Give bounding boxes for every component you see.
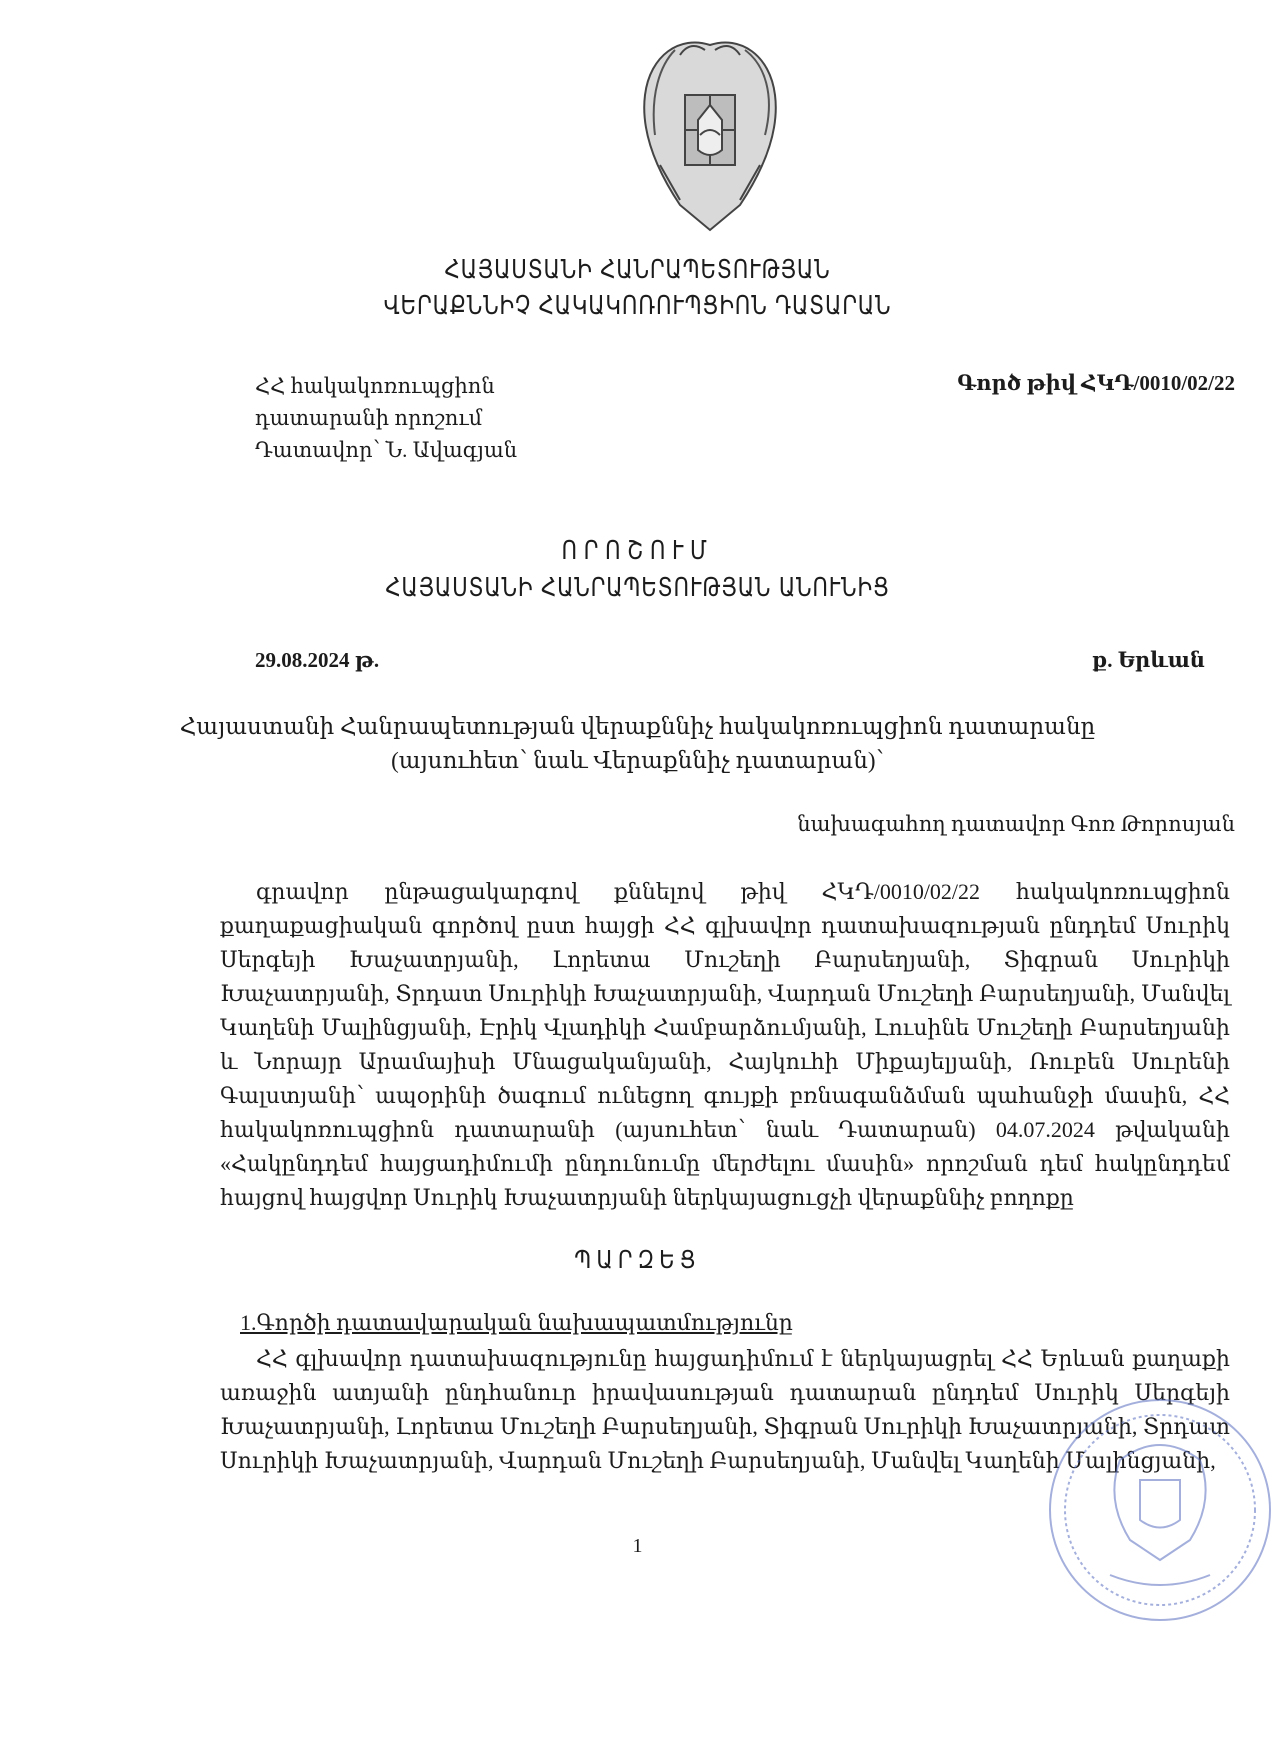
lower-court-block: ՀՀ հակակոռուպցիոն դատարանի որոշում Դատավ…	[255, 370, 517, 466]
decision-city: ք. Երևան	[1092, 647, 1205, 673]
case-number: Գործ թիվ ՀԿԴ/0010/02/22	[957, 370, 1235, 396]
coat-of-arms-icon	[620, 25, 800, 240]
decision-date: 29.08.2024 թ.	[255, 647, 379, 673]
section-heading: ՊԱՐԶԵՑ	[96, 1245, 1180, 1274]
official-seal-icon	[1040, 1390, 1275, 1630]
intro-paragraph: գրավոր ընթացակարգով քննելով թիվ ՀԿԴ/0010…	[220, 875, 1230, 1215]
court-title-line1: ՀԱՅԱՍՏԱՆԻ ՀԱՆՐԱՊԵՏՈՒԹՅԱՆ	[115, 252, 1161, 288]
court-title-line2: ՎԵՐԱՔՆՆԻՉ ՀԱԿԱԿՈՌՈՒՊՑԻՈՆ ԴԱՏԱՐԱՆ	[115, 288, 1161, 324]
court-alias-line: (այսուհետ՝ նաև Վերաքննիչ դատարան)՝	[0, 744, 1275, 778]
lower-court-line1: ՀՀ հակակոռուպցիոն	[255, 370, 517, 402]
decision-title: ՈՐՈՇՈՒՄ	[115, 533, 1161, 569]
court-name-line: Հայաստանի Հանրապետության վերաքննիչ հակակ…	[0, 710, 1275, 744]
decision-subtitle: ՀԱՅԱՍՏԱՆԻ ՀԱՆՐԱՊԵՏՈՒԹՅԱՆ ԱՆՈՒՆԻՑ	[115, 570, 1161, 606]
section-subheading: 1.Գործի դատավարական նախապատմությունը	[240, 1310, 793, 1336]
presiding-judge: նախագահող դատավոր Գոռ Թորոսյան	[797, 812, 1235, 837]
lower-court-line2: դատարանի որոշում	[255, 402, 517, 434]
lower-court-judge: Դատավոր՝ Ն. Ավագյան	[255, 434, 517, 466]
